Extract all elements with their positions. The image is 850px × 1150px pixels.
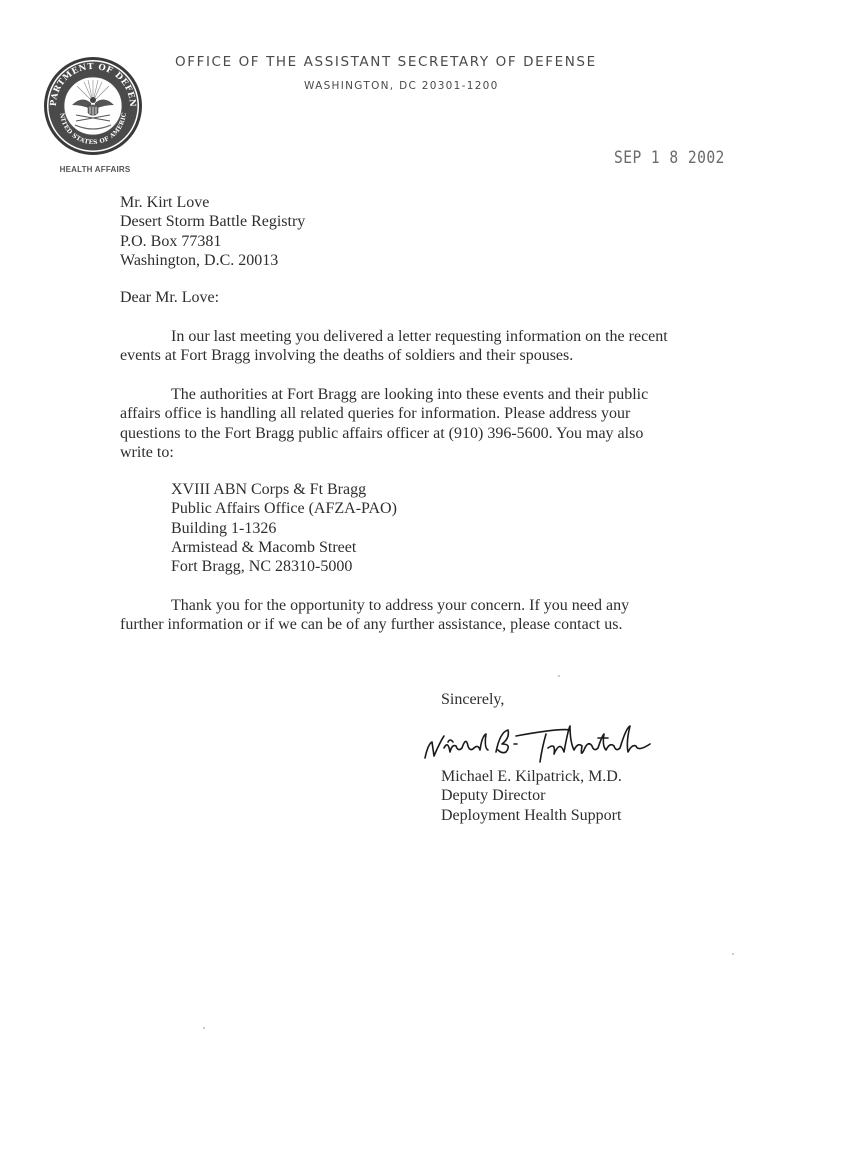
recipient-city: Washington, D.C. 20013: [120, 251, 305, 270]
address-line: Public Affairs Office (AFZA-PAO): [171, 499, 397, 518]
scan-speck: [203, 1027, 205, 1029]
scan-speck: [558, 675, 560, 677]
paragraph-line: questions to the Fort Bragg public affai…: [120, 424, 720, 443]
paragraph-line: Thank you for the opportunity to address…: [120, 596, 720, 615]
paragraph-line: In our last meeting you delivered a lett…: [120, 327, 720, 346]
paragraph-line: further information or if we can be of a…: [120, 615, 720, 634]
paragraph-line: write to:: [120, 443, 720, 462]
paragraph-line: events at Fort Bragg involving the death…: [120, 346, 720, 365]
recipient-organization: Desert Storm Battle Registry: [120, 212, 305, 231]
signer-name: Michael E. Kilpatrick, M.D.: [441, 767, 622, 786]
paragraph-line: The authorities at Fort Bragg are lookin…: [120, 385, 720, 404]
department-of-defense-seal-icon: DEPARTMENT OF DEFENSE UNITED STATES OF A…: [42, 55, 144, 157]
department-label: HEALTH AFFAIRS: [50, 165, 140, 174]
body-paragraph-3: Thank you for the opportunity to address…: [120, 596, 720, 635]
letterhead-address: WASHINGTON, DC 20301-1200: [304, 80, 499, 92]
signer-title: Deputy Director: [441, 786, 622, 805]
salutation: Dear Mr. Love:: [120, 288, 219, 307]
recipient-po-box: P.O. Box 77381: [120, 232, 305, 251]
fort-bragg-address: XVIII ABN Corps & Ft Bragg Public Affair…: [171, 480, 397, 576]
paragraph-line: affairs office is handling all related q…: [120, 404, 720, 423]
body-paragraph-2: The authorities at Fort Bragg are lookin…: [120, 385, 720, 462]
recipient-name: Mr. Kirt Love: [120, 193, 305, 212]
address-line: XVIII ABN Corps & Ft Bragg: [171, 480, 397, 499]
signer-organization: Deployment Health Support: [441, 806, 622, 825]
closing: Sincerely,: [441, 690, 504, 709]
signature-block: Michael E. Kilpatrick, M.D. Deputy Direc…: [441, 767, 622, 825]
body-paragraph-1: In our last meeting you delivered a lett…: [120, 327, 720, 366]
address-line: Building 1-1326: [171, 519, 397, 538]
letterhead-office-title: OFFICE OF THE ASSISTANT SECRETARY OF DEF…: [175, 54, 597, 70]
scan-speck: [732, 953, 734, 955]
recipient-address: Mr. Kirt Love Desert Storm Battle Regist…: [120, 193, 305, 270]
handwritten-signature-icon: [420, 722, 665, 772]
address-line: Armistead & Macomb Street: [171, 538, 397, 557]
date-stamp: SEP 1 8 2002: [614, 148, 725, 168]
address-line: Fort Bragg, NC 28310-5000: [171, 557, 397, 576]
